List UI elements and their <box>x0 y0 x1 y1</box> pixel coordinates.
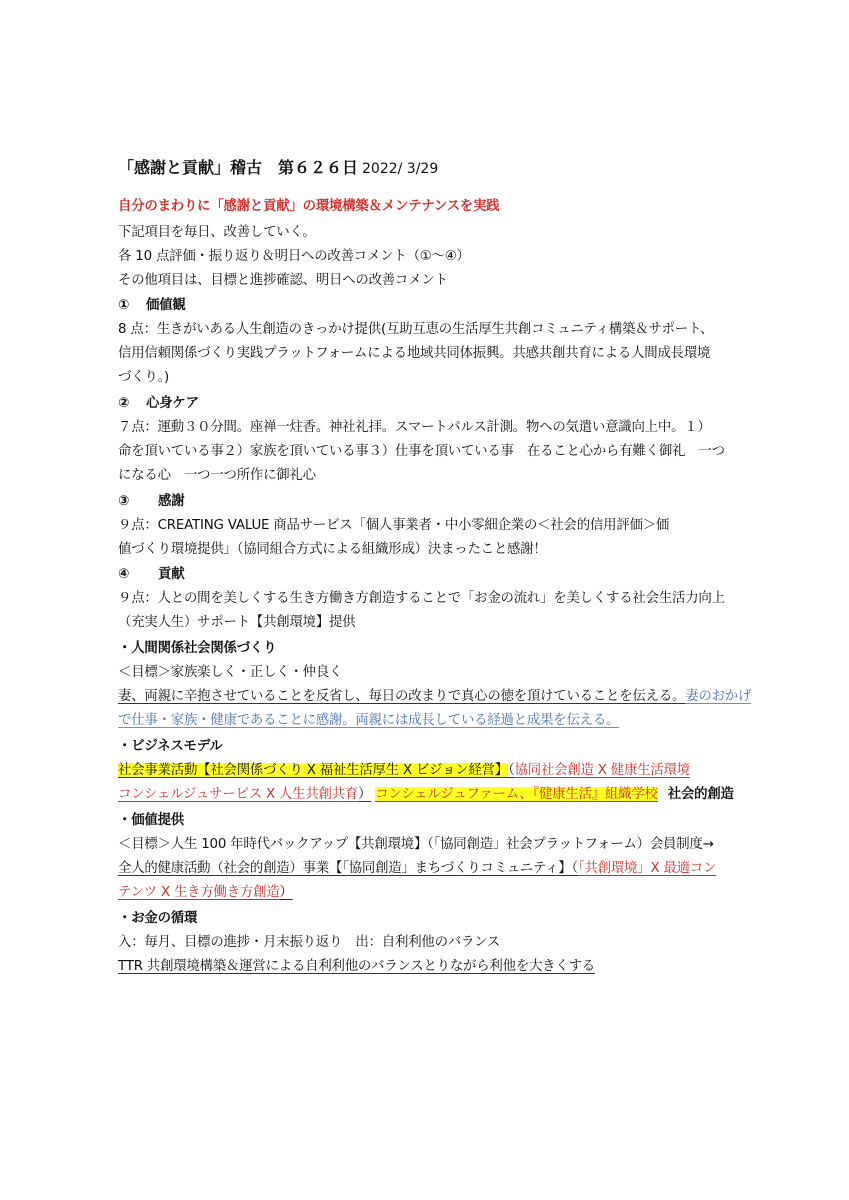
business-red-text: コンシェルジュサービス X 人生共創共育 <box>118 787 358 802</box>
section-heading-mind-body-care: ②心身ケア <box>118 395 199 413</box>
business-red-text: 協同社会創造 X 健康生活環境 <box>515 763 690 778</box>
section-line: 値づくり環境提供」（協同組合方式による組織形成）決まったこと感謝！ <box>118 541 547 559</box>
business-paren: ） <box>358 787 371 802</box>
business-highlight-red: コンシェルジュファーム、『健康生活』組織学校 <box>375 787 657 802</box>
section-line: ９点：人との間を美しくする生き方働き方創造することで「お金の流れ」を美しくする社… <box>118 590 725 608</box>
subtitle: 自分のまわりに「感謝と貢献」の環境構築＆メンテナンスを実践 <box>118 198 499 216</box>
money-line-1: 入：毎月、目標の進捗・月末振り返り 出：自利利他のバランス <box>118 934 500 952</box>
relations-text: 妻、両親に辛抱させていることを反省し、毎日の改まりで真心の徳を頂けていることを伝… <box>118 689 685 704</box>
value-heading: ・価値提供 <box>118 812 184 830</box>
section-title: 感謝 <box>158 494 184 509</box>
section-line: 8 点：生きがいある人生創造のきっかけ提供(互助互恵の生活厚生共創コミュニティ構… <box>118 321 713 339</box>
value-red-text: テンツ X 生き方働き方創造 <box>118 885 280 900</box>
section-line: 信用信頼関係づくり実践プラットフォームによる地域共同体振興。共感共創共育による人… <box>118 345 710 363</box>
relations-text-blue: で仕事・家族・健康であることに感謝。両親には成長している経過と成果を伝える。 <box>118 713 619 728</box>
title-text: 「感謝と貢献」稽古 第６２６日 <box>118 158 358 177</box>
relations-heading: ・人間関係社会関係づくり <box>118 640 276 658</box>
relations-goal: ＜目標＞家族楽しく・正しく・仲良く <box>118 664 342 682</box>
section-line: （充実人生）サポート【共創環境】提供 <box>118 614 355 632</box>
value-text: 全人的健康活動（社会的創造）事業【「協同創造」まちづくりコミュニティ】（ <box>118 861 578 876</box>
section-line: ７点：運動３０分間。座禅一炷香。神社礼拝。スマートパルス計測。物への気遣い意識向… <box>118 419 711 437</box>
section-number: ② <box>118 395 146 413</box>
money-heading: ・お金の循環 <box>118 910 197 928</box>
section-title: 価値観 <box>146 298 186 313</box>
value-line-1: ＜目標＞人生 100 年時代バックアップ【共創環境】（「協同創造」社会プラットフ… <box>118 836 714 854</box>
relations-line-2: で仕事・家族・健康であることに感謝。両親には成長している経過と成果を伝える。 <box>118 712 619 730</box>
section-number: ④ <box>118 566 158 584</box>
section-number: ① <box>118 297 146 315</box>
section-number: ③ <box>118 493 158 511</box>
relations-text-blue: 妻のおかげ <box>685 689 751 704</box>
value-red-text: 「共創環境」X 最適コン <box>578 861 716 876</box>
section-line: づくり。) <box>118 369 169 387</box>
value-paren: ） <box>280 885 293 900</box>
business-bold-text: 社会的創造 <box>668 787 734 802</box>
section-line: ９点：CREATING VALUE 商品サービス「個人事業者・中小零細企業の＜社… <box>118 517 669 535</box>
intro-line-1: 下記項目を毎日、改善していく。 <box>118 224 316 242</box>
intro-line-3: その他項目は、目標と進捗確認、明日への改善コメント <box>118 272 448 290</box>
section-heading-values: ①価値観 <box>118 297 186 315</box>
business-line-1: 社会事業活動【社会関係づくり X 福祉生活厚生 X ビジョン経営】（協同社会創造… <box>118 762 690 780</box>
value-line-2: 全人的健康活動（社会的創造）事業【「協同創造」まちづくりコミュニティ】（「共創環… <box>118 860 716 878</box>
title-date: 2022/ 3/29 <box>362 161 438 177</box>
page-title: 「感謝と貢献」稽古 第６２６日2022/ 3/29 <box>118 158 438 179</box>
business-highlight: 社会事業活動【社会関係づくり X 福祉生活厚生 X ビジョン経営】 <box>118 763 508 778</box>
relations-line-1: 妻、両親に辛抱させていることを反省し、毎日の改まりで真心の徳を頂けていることを伝… <box>118 688 751 706</box>
money-line-2: TTR 共創環境構築＆運営による自利利他のバランスとりながら利他を大きくする <box>118 958 595 976</box>
intro-line-2: 各 10 点評価・振り返り＆明日への改善コメント（①～④） <box>118 248 470 266</box>
business-line-2: コンシェルジュサービス X 人生共創共育）コンシェルジュファーム、『健康生活』組… <box>118 786 734 804</box>
section-title: 貢献 <box>158 567 184 582</box>
business-heading: ・ビジネスモデル <box>118 738 222 756</box>
section-heading-contribution: ④貢献 <box>118 566 184 584</box>
section-line: 命を頂いている事２）家族を頂いている事３）仕事を頂いている事 在ること心から有難… <box>118 443 725 461</box>
section-title: 心身ケア <box>146 396 199 411</box>
section-heading-gratitude: ③感謝 <box>118 493 184 511</box>
value-line-3: テンツ X 生き方働き方創造） <box>118 884 293 902</box>
section-line: になる心 一つ一つ所作に御礼心 <box>118 467 316 485</box>
